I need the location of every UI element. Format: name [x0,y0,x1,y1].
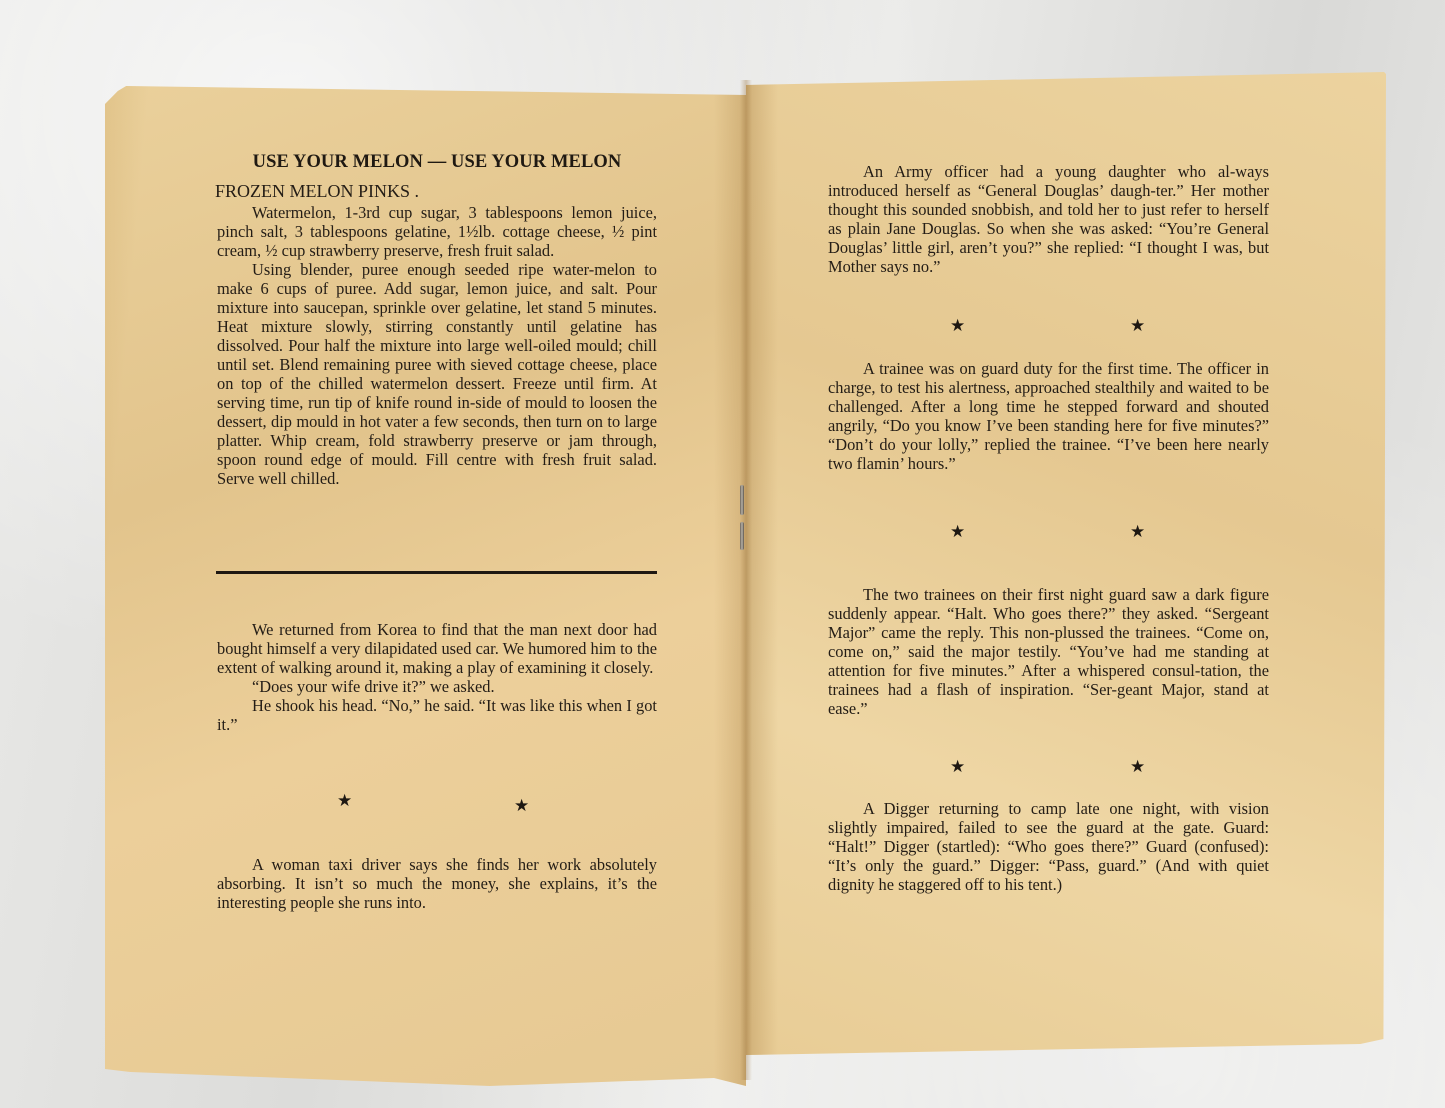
anecdote-paragraph: We returned from Korea to find that the … [217,620,657,677]
anecdote-paragraph: He shook his head. “No,” he said. “It wa… [217,696,657,734]
star-icon: ★ [950,318,965,335]
anecdote-taxi: A woman taxi driver says she finds her w… [217,855,657,912]
star-icon: ★ [1130,524,1145,541]
star-icon: ★ [1130,318,1145,335]
page-heading: USE YOUR MELON — USE YOUR MELON [217,152,657,173]
anecdote-digger: A Digger returning to camp late one nigh… [828,799,1269,894]
recipe-title: FROZEN MELON PINKS . [215,181,419,202]
staple-top [740,485,744,515]
anecdote-paragraph: The two trainees on their first night gu… [828,585,1269,718]
star-icon: ★ [1130,759,1145,776]
star-icon: ★ [337,793,352,810]
recipe-paragraph: Using blender, puree enough seeded ripe … [217,260,657,488]
anecdote-paragraph: A Digger returning to camp late one nigh… [828,799,1269,894]
star-icon: ★ [950,524,965,541]
recipe-paragraph: Watermelon, 1-3rd cup sugar, 3 tablespoo… [217,203,657,260]
staple-bottom [740,522,744,550]
open-booklet: USE YOUR MELON — USE YOUR MELON FROZEN M… [0,0,1445,1108]
anecdote-sergeant: The two trainees on their first night gu… [828,585,1269,718]
anecdote-paragraph: “Does your wife drive it?” we asked. [217,677,657,696]
star-icon: ★ [514,798,529,815]
star-icon: ★ [950,759,965,776]
anecdote-paragraph: An Army officer had a young daughter who… [828,162,1269,276]
anecdote-trainee: A trainee was on guard duty for the firs… [828,359,1269,473]
section-divider [216,571,657,574]
anecdote-paragraph: A trainee was on guard duty for the firs… [828,359,1269,473]
spine-crease [740,80,752,1080]
anecdote-general: An Army officer had a young daughter who… [828,162,1269,276]
anecdote-korea: We returned from Korea to find that the … [217,620,657,734]
recipe-ingredients: Watermelon, 1-3rd cup sugar, 3 tablespoo… [217,203,657,488]
anecdote-paragraph: A woman taxi driver says she finds her w… [217,855,657,912]
